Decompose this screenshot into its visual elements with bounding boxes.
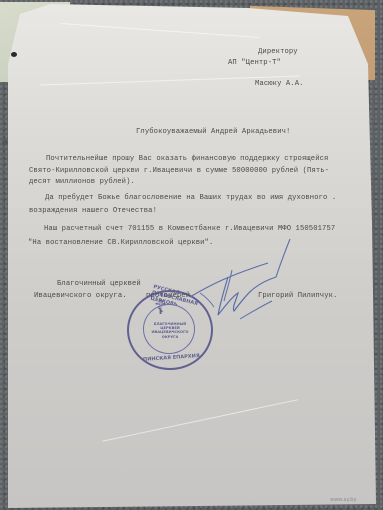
body-line-6: Наш расчетный счет 701155 в Комвестбанке… (44, 225, 335, 233)
body-line-2: Свято-Кирилловской церкви г.Ивацевичи в … (29, 167, 329, 175)
body-line-5: возраждения нашего Отечества! (29, 207, 157, 215)
watermark: www.ay.by (330, 497, 356, 503)
orthodox-cross-icon: ☦ (154, 295, 167, 319)
handwritten-signature (180, 235, 300, 330)
signature-title-line-2: Ивацевичского округа. (34, 292, 127, 300)
punch-hole (2, 140, 8, 145)
punch-hole (11, 52, 17, 57)
addressee-line-2: АП "Центр-Т" (228, 59, 281, 67)
body-line-1: Почтительнейше прошу Вас оказать финансо… (46, 155, 328, 163)
salutation: Глубокоуважаемый Андрей Аркадьевич! (136, 128, 290, 136)
stamp-text-line: ОКРУГА (143, 335, 197, 339)
signature-title-line-1: Благочинный церквей (57, 280, 141, 288)
stamp-ring-bottom-text: ПИНСКАЯ ЕПАРХИЯ (143, 353, 200, 363)
addressee-line-3: Масюку А.А. (255, 80, 304, 88)
body-line-4: Да пребудет Божье благословение на Ваших… (45, 194, 336, 202)
addressee-line-1: Директору (258, 48, 298, 56)
body-line-3: десят миллионов рублей). (29, 178, 135, 186)
